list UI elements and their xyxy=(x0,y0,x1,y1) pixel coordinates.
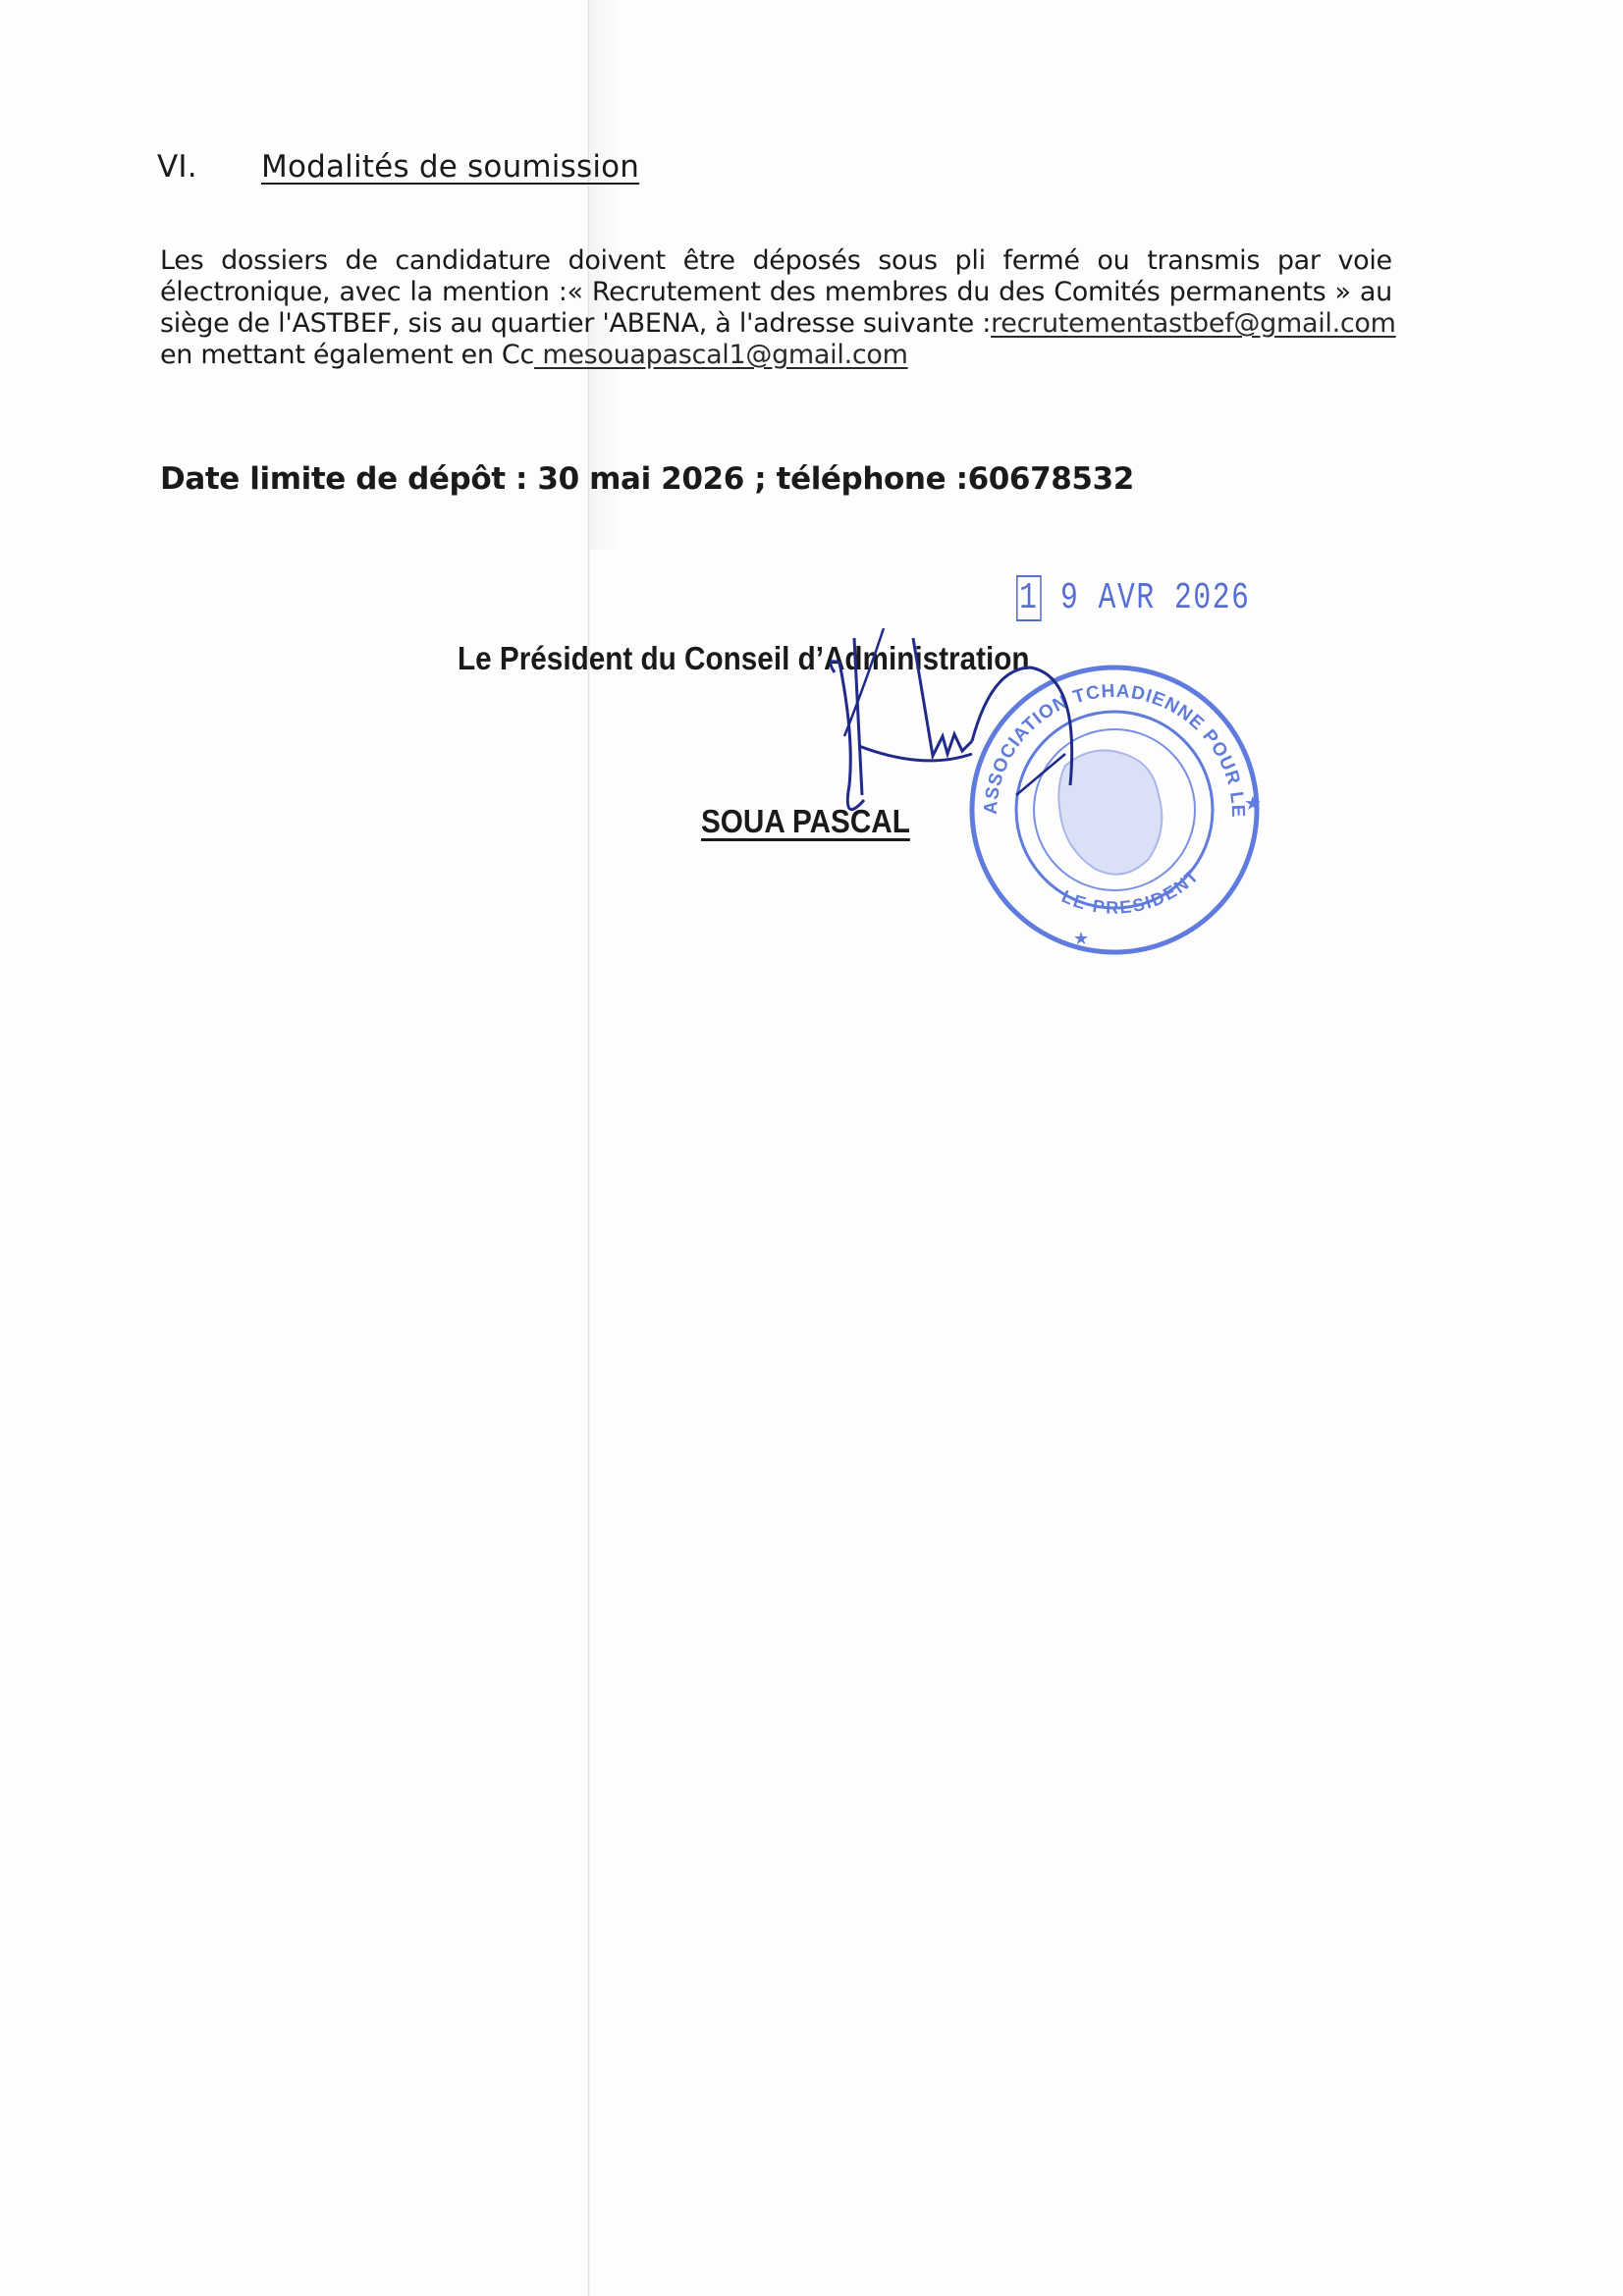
paragraph-word: mention xyxy=(442,277,550,308)
paragraph-word: du xyxy=(956,277,990,308)
primary-email-link[interactable]: recrutementastbef@gmail.com xyxy=(991,308,1396,340)
seal-bottom-text: LE PRESIDENT xyxy=(1058,865,1203,918)
paragraph-word: Les xyxy=(160,245,203,277)
svg-text:★: ★ xyxy=(1244,793,1262,815)
paragraph-line-1: Lesdossiersdecandidaturedoiventêtredépos… xyxy=(160,245,1392,277)
section-number: VI. xyxy=(157,149,261,185)
paragraph-word: Recrutement xyxy=(592,277,761,308)
paragraph-word: électronique, xyxy=(160,277,330,308)
paragraph-word: permanents xyxy=(1169,277,1326,308)
paragraph-word: fermé xyxy=(1003,245,1080,277)
paragraph-word: voie xyxy=(1337,245,1391,277)
paragraph-word: pli xyxy=(955,245,986,277)
svg-text:★: ★ xyxy=(1073,929,1089,948)
paragraph-line-2: électronique,aveclamention:«Recrutementd… xyxy=(160,277,1392,308)
paragraph-word: transmis xyxy=(1147,245,1260,277)
section-heading: VI. Modalités de soumission xyxy=(157,149,639,185)
paragraph-word: sous xyxy=(878,245,938,277)
paragraph-word: doivent xyxy=(568,245,665,277)
paragraph-word: avec xyxy=(339,277,401,308)
deadline-text: Date limite de dépôt : 30 mai 2026 ; tél… xyxy=(160,461,1134,497)
paragraph-word: dossiers xyxy=(221,245,328,277)
paragraph-word: de xyxy=(346,245,378,277)
date-stamp: 1 9 AVR 2026 xyxy=(1016,577,1250,619)
paragraph-word: ou xyxy=(1097,245,1129,277)
date-stamp-date: 9 AVR 2026 xyxy=(1060,577,1250,619)
paragraph-word: des xyxy=(999,277,1045,308)
section-title: Modalités de soumission xyxy=(261,149,639,185)
submission-paragraph: Lesdossiersdecandidaturedoiventêtredépos… xyxy=(160,245,1392,371)
paragraph-word: Comités xyxy=(1054,277,1160,308)
paragraph-word: au xyxy=(1360,277,1392,308)
svg-text:LE PRESIDENT: LE PRESIDENT xyxy=(1058,865,1203,918)
paragraph-word: la xyxy=(409,277,432,308)
address-text: siège de l'ASTBEF, sis au quartier 'ABEN… xyxy=(160,308,991,340)
date-stamp-day-digit: 1 xyxy=(1016,575,1042,621)
paragraph-line-3: siège de l'ASTBEF, sis au quartier 'ABEN… xyxy=(160,308,1392,340)
cc-text: en mettant également en Cc xyxy=(160,340,534,370)
paragraph-line-4: en mettant également en Cc mesouapascal1… xyxy=(160,340,1392,371)
paragraph-word: déposés xyxy=(752,245,860,277)
paragraph-word: des xyxy=(770,277,816,308)
paragraph-word: :« xyxy=(559,277,583,308)
paragraph-word: être xyxy=(683,245,735,277)
paragraph-word: » xyxy=(1335,277,1351,308)
signatory-name: SOUA PASCAL xyxy=(701,803,910,840)
paragraph-word: candidature xyxy=(395,245,550,277)
cc-email-link[interactable]: mesouapascal1@gmail.com xyxy=(534,340,908,370)
paragraph-word: par xyxy=(1277,245,1321,277)
paragraph-word: membres xyxy=(825,277,947,308)
